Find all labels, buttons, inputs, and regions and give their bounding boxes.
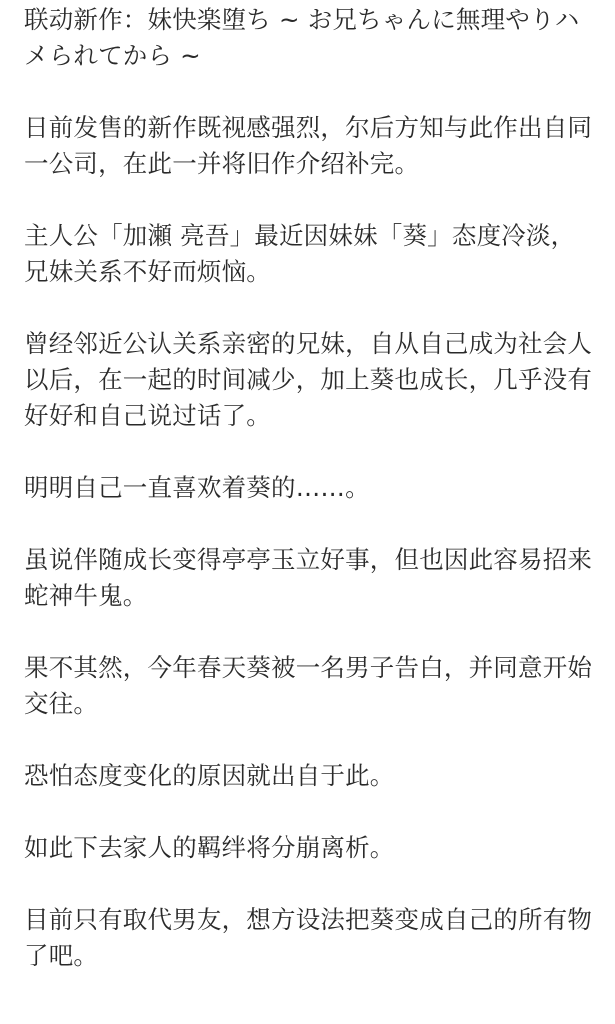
- paragraph: 主人公「加瀬 亮吾」最近因妹妹「葵」态度冷淡，兄妹关系不好而烦恼。: [24, 218, 593, 290]
- paragraph: 如此下去家人的羁绊将分崩离析。: [24, 830, 593, 866]
- paragraph: 明明自己一直喜欢着葵的……。: [24, 470, 593, 506]
- paragraph: 目前只有取代男友，想方设法把葵变成自己的所有物了吧。: [24, 902, 593, 974]
- article-body: 联动新作：妹快楽堕ち ~ お兄ちゃんに無理やりハメられてから ~ 日前发售的新作…: [0, 0, 615, 974]
- article-title: 联动新作：妹快楽堕ち ~ お兄ちゃんに無理やりハメられてから ~: [24, 2, 593, 74]
- paragraph: 虽说伴随成长变得亭亭玉立好事，但也因此容易招来蛇神牛鬼。: [24, 542, 593, 614]
- paragraph: 日前发售的新作既视感强烈，尔后方知与此作出自同一公司，在此一并将旧作介绍补完。: [24, 110, 593, 182]
- paragraph: 曾经邻近公认关系亲密的兄妹，自从自己成为社会人以后，在一起的时间减少，加上葵也成…: [24, 326, 593, 434]
- paragraph: 果不其然，今年春天葵被一名男子告白，并同意开始交往。: [24, 650, 593, 722]
- paragraph: 恐怕态度变化的原因就出自于此。: [24, 758, 593, 794]
